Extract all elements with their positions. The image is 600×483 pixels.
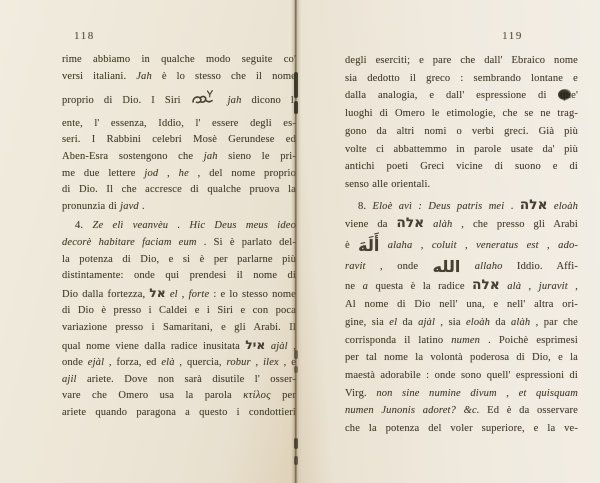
text-line: onde ejàl , forza, ed elà , quercia, rob… (62, 355, 296, 372)
text-run: , (457, 240, 476, 251)
text-run: , forza, ed (104, 357, 161, 368)
italic-text-run: el (389, 317, 397, 328)
text-line: la potenza di Dio, e si è per parlarne p… (62, 252, 296, 269)
gutter-ink-mark (294, 72, 298, 98)
text-run: di Dio. Il che accresce di qualche pruov… (62, 184, 296, 195)
text-run: . (139, 201, 145, 212)
italic-text-run: el (166, 289, 178, 300)
text-run: di Dio è presso i Caldei e i Siri e con … (62, 305, 296, 316)
text-run: , (412, 240, 431, 251)
text-line: Virg. non sine numine divum , et quisqua… (345, 385, 578, 403)
italic-text-run: ajàl (265, 341, 287, 352)
italic-text-run: ejàl (88, 357, 104, 368)
text-line: ne a questa è la radice אלה alà , juravi… (345, 277, 578, 296)
text-run: Al nome di Dio nell' una, e nell' altra … (345, 299, 578, 310)
italic-text-run: alaha (379, 240, 412, 251)
text-line: di Dio è presso i Caldei e i Siri e con … (62, 303, 296, 320)
italic-text-run: ajil (62, 374, 77, 385)
left-page-text-column: 118 rime abbiamo in qualche modo seguite… (62, 30, 296, 421)
text-run: viene da (345, 219, 396, 230)
text-line: gine, sia el da ajàl , sia eloàh da alàh… (345, 314, 578, 332)
italic-text-run: veneratus est (476, 240, 539, 251)
hebrew-word: איל (245, 338, 265, 352)
text-line: Dio dalla fortezza, אל el , forte : e lo… (62, 285, 296, 304)
gutter-ink-mark (294, 101, 298, 114)
text-run: , (178, 289, 189, 300)
text-line: ajil ariete. Dove non sarà disutile l' o… (62, 372, 296, 389)
text-run: . Poichè esprimesi (480, 335, 578, 346)
right-page: 119 degli eserciti; e pare che dall' Ebr… (300, 0, 600, 483)
text-run: gono da altri nomi o verbi greci. Già pi… (345, 126, 578, 137)
text-line: versi italiani. Jah è lo stesso che il n… (62, 69, 296, 86)
text-run: , (497, 388, 519, 399)
italic-text-run: jod (144, 168, 158, 179)
text-line: sia dedotto il greco : sembrando lontane… (345, 70, 578, 88)
gutter-ink-mark (294, 366, 298, 373)
text-run: ne (345, 281, 363, 292)
italic-text-run: javd (120, 201, 139, 212)
greek-word: κτίλος (243, 390, 271, 401)
text-line: variazione presso i Samaritani, e gli Ar… (62, 320, 296, 337)
text-run: , (158, 168, 178, 179)
text-line: senso alle orientali. (345, 176, 578, 194)
gutter-ink-mark (294, 456, 298, 465)
text-line: 8. Eloè avì : Deus patris mei . אלה eloà… (345, 197, 578, 216)
italic-text-run: decorè habitare faciam eum (62, 237, 197, 248)
italic-text-run: coluit (432, 240, 457, 251)
italic-text-run: he (179, 168, 189, 179)
text-line: che la potenza del voler superiore, e la… (345, 420, 578, 438)
text-run: corrisponda il latino (345, 335, 451, 346)
text-line: ravit , onde الله allaho Iddio. Affi- (345, 258, 578, 276)
text-run: è lo stesso che il nome (152, 71, 296, 82)
arabic-word: الله (433, 260, 461, 273)
text-run: , onde (366, 261, 433, 272)
italic-text-run: ajàl (418, 317, 435, 328)
text-run: la potenza di Dio, e si è per parlarne p… (62, 254, 296, 265)
text-line: di Dio. Il che accresce di qualche pruov… (62, 182, 296, 199)
text-run: volte ci abbattemmo in parole usate da' … (345, 144, 578, 155)
text-run: vare che Omero usa la parola (62, 390, 243, 401)
text-line: rime abbiamo in qualche modo seguite co' (62, 52, 296, 69)
italic-text-run: allaho (460, 261, 502, 272)
hebrew-word: אל (149, 286, 165, 300)
right-page-text-block: degli eserciti; e pare che dall' Ebraico… (345, 52, 578, 438)
text-run: versi italiani. (62, 71, 136, 82)
italic-text-run: alàh (511, 317, 530, 328)
italic-text-run: alà (500, 281, 521, 292)
left-page-text-block: rime abbiamo in qualche modo seguite co'… (62, 52, 296, 421)
text-line: ente, l' essenza, Iddio, l' essere degli… (62, 116, 296, 133)
book-spread-photo: 118 rime abbiamo in qualche modo seguite… (0, 0, 600, 483)
italic-text-run: numen Junonis adoret? &c. (345, 405, 480, 416)
text-run: che la potenza del voler superiore, e la… (345, 423, 578, 434)
text-run: , sia (435, 317, 466, 328)
text-run: per tal nome la volontà poderosa di Dio,… (345, 352, 578, 363)
text-line: proprio di Dio. I Siri jah dicono l' (62, 89, 296, 113)
text-line: gono da altri nomi o verbi greci. Già pi… (345, 123, 578, 141)
syriac-jah-glyph (191, 89, 218, 106)
text-run: gine, sia (345, 317, 389, 328)
text-run: 8. (358, 201, 373, 212)
text-line: dalla analogia, e dall' espressione di q… (345, 87, 578, 105)
text-run: , (568, 281, 578, 292)
text-run: luoghi di Omero le etimologie, che se ne… (345, 108, 578, 119)
syriac-jah-word (191, 89, 218, 113)
text-run: ente, l' essenza, Iddio, l' essere degli… (62, 118, 296, 129)
text-run: è (345, 240, 358, 251)
text-line: volte ci abbattemmo in parole usate da' … (345, 141, 578, 159)
hebrew-word: אלה (472, 277, 500, 293)
text-line: 4. Ze elì veanvèu . Hic Deus meus ideo (62, 218, 296, 235)
text-run: , (521, 281, 539, 292)
italic-text-run: robur (226, 357, 250, 368)
italic-text-run: forte (189, 289, 210, 300)
italic-text-run: non sine numine divum (376, 388, 496, 399)
text-run: degli eserciti; e pare che dall' Ebraico… (345, 55, 578, 66)
text-line: Aben-Esra sostengono che jah sieno le pr… (62, 149, 296, 166)
italic-text-run: jah (204, 151, 218, 162)
right-page-text-column: 119 degli eserciti; e pare che dall' Ebr… (345, 30, 578, 438)
text-run: , quercia, (175, 357, 227, 368)
text-line: luoghi di Omero le etimologie, che se ne… (345, 105, 578, 123)
italic-text-run: alàh (424, 219, 452, 230)
text-run: proprio di Dio. I Siri (62, 95, 191, 106)
italic-text-run: Ze elì veanvèu . Hic Deus meus ideo (92, 220, 296, 231)
hebrew-word: אלה (396, 215, 424, 231)
text-run: maestà adorabile : onde sono quell' espr… (345, 370, 578, 381)
gutter-ink-mark (294, 350, 298, 359)
italic-text-run: Jah (136, 71, 152, 82)
text-line: seri. I Rabbini celebri Mosè Gerundese e… (62, 132, 296, 149)
text-line: corrisponda il latino numen . Poichè esp… (345, 332, 578, 350)
text-line: ariete quando paragona a questo i condot… (62, 405, 296, 422)
text-run: Dio dalla fortezza, (62, 289, 149, 300)
text-run: 4. (75, 220, 92, 231)
text-run: sia dedotto il greco : sembrando lontane… (345, 73, 578, 84)
text-run: ariete quando paragona a questo i condot… (62, 407, 296, 418)
text-run: Ed è da osservare (480, 405, 578, 416)
gutter-ink-mark (294, 438, 298, 449)
text-run: da (397, 317, 418, 328)
left-page: 118 rime abbiamo in qualche modo seguite… (0, 0, 296, 483)
italic-text-run: numen (451, 335, 480, 346)
italic-text-run: elà (161, 357, 174, 368)
text-run: , che presso gli Arabi (452, 219, 578, 230)
text-line: viene da אלה alàh , che presso gli Arabi (345, 215, 578, 234)
text-line: distintamente: onde qui prendesi il nome… (62, 268, 296, 285)
text-run: : e lo stesso nome (209, 289, 296, 300)
text-run: questa è la radice (368, 281, 472, 292)
italic-text-run: ilex (263, 357, 279, 368)
text-line: numen Junonis adoret? &c. Ed è da osserv… (345, 402, 578, 420)
text-line: per tal nome la volontà poderosa di Dio,… (345, 349, 578, 367)
text-run: , par che (530, 317, 578, 328)
text-line: è أَلَهَ alaha , coluit , veneratus est … (345, 237, 578, 255)
text-run: . Si è parlato del- (197, 237, 296, 248)
text-run: pronunzia di (62, 201, 120, 212)
text-run: senso alle orientali. (345, 179, 430, 190)
text-run: , (251, 357, 263, 368)
text-run: Aben-Esra sostengono che (62, 151, 204, 162)
text-run: Virg. (345, 388, 376, 399)
text-run: antichi poeti Greci vicine di suono e di (345, 161, 578, 172)
italic-text-run: ado- (558, 240, 578, 251)
text-run: , del nome proprio (189, 168, 296, 179)
page-number: 119 (345, 30, 578, 44)
italic-text-run: eloàh (548, 201, 578, 212)
italic-text-run: jah (218, 95, 242, 106)
text-run: qual nome viene dalla radice inusitata (62, 341, 245, 352)
text-line: vare che Omero usa la parola κτίλος per (62, 388, 296, 405)
text-line: degli eserciti; e pare che dall' Ebraico… (345, 52, 578, 70)
text-line: me due lettere jod , he , del nome propr… (62, 166, 296, 183)
arabic-word: أَلَهَ (358, 239, 379, 252)
text-run: sieno le pri- (218, 151, 296, 162)
text-run: variazione presso i Samaritani, e gli Ar… (62, 322, 296, 333)
text-run: rime abbiamo in qualche modo seguite co' (62, 54, 296, 65)
italic-text-run: juravit (539, 281, 568, 292)
text-run: distintamente: onde qui prendesi il nome… (62, 270, 296, 281)
text-line: antichi poeti Greci vicine di suono e di (345, 158, 578, 176)
text-line: decorè habitare faciam eum . Si è parlat… (62, 235, 296, 252)
italic-text-run: Eloè avì : Deus patris mei (373, 201, 505, 212)
text-run: me due lettere (62, 168, 144, 179)
text-run: ariete. Dove non sarà disutile l' osser- (77, 374, 296, 385)
text-run: seri. I Rabbini celebri Mosè Gerundese e… (62, 134, 296, 145)
text-run: , (539, 240, 558, 251)
italic-text-run: eloàh (466, 317, 490, 328)
text-line: qual nome viene dalla radice inusitata א… (62, 337, 296, 356)
page-gutter (291, 0, 301, 483)
text-line: pronunzia di javd . (62, 199, 296, 216)
text-run: Iddio. Affi- (503, 261, 578, 272)
text-line: maestà adorabile : onde sono quell' espr… (345, 367, 578, 385)
text-run: da (490, 317, 511, 328)
text-run: dicono l' (241, 95, 296, 106)
italic-text-run: ravit (345, 261, 366, 272)
hebrew-word: אלה (520, 197, 548, 213)
page-number: 118 (62, 30, 296, 44)
text-run: . (504, 201, 520, 212)
text-line: Al nome di Dio nell' una, e nell' altra … (345, 296, 578, 314)
italic-text-run: et quisquam (519, 388, 578, 399)
text-run: onde (62, 357, 88, 368)
text-run: dalla analogia, e dall' espressione di (345, 90, 558, 101)
